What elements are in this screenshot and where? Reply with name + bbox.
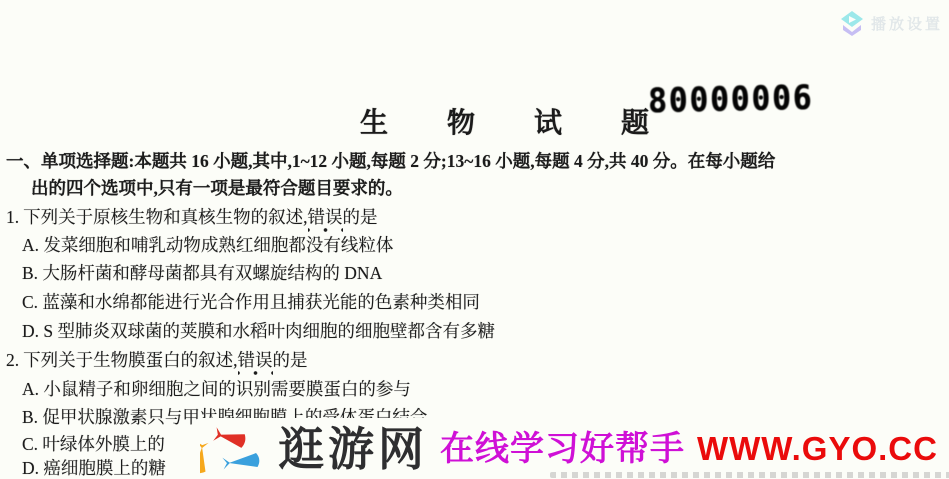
question-1-option-c: C. 蓝藻和水绵都能进行光合作用且捕获光能的色素种类相同	[22, 291, 480, 313]
site-watermark-name: 逛游网	[278, 426, 428, 472]
illegible-blurred-text-strip	[550, 472, 949, 478]
question-1-option-a: A. 发菜细胞和哺乳动物成熟红细胞都没有线粒体	[22, 234, 393, 256]
question-1-option-b: B. 大肠杆菌和酵母菌都具有双螺旋结构的 DNA	[22, 262, 382, 284]
emphasis-underdots: 错误	[308, 207, 343, 233]
site-watermark-url: WWW.GYO.CC	[697, 432, 938, 465]
question-1-stem: 1.下列关于原核生物和真核生物的叙述,错误的是	[6, 206, 378, 228]
site-watermark-banner: 逛游网 在线学习好帮手 WWW.GYO.CC	[200, 418, 949, 479]
emphasis-underdots: 错误	[238, 350, 273, 376]
question-2-stem: 2.下列关于生物膜蛋白的叙述,错误的是	[6, 349, 308, 371]
app-watermark: 播放设置	[840, 10, 943, 37]
play-graduation-icon	[840, 10, 864, 37]
question-1-number: 1.	[6, 207, 19, 227]
exam-page-screenshot: 播放设置 生 物 试 题 80000006 一、单项选择题:本题共 16 小题,…	[0, 0, 949, 479]
exam-id-stamp: 80000006	[648, 79, 814, 121]
section-instructions-line2: 出的四个选项中,只有一项是最符合题目要求的。	[31, 177, 403, 199]
fish-logo-icon	[200, 420, 266, 478]
question-2-number: 2.	[6, 350, 19, 370]
question-2-option-c: C. 叶绿体外膜上的	[22, 433, 165, 455]
question-2-option-d: D. 癌细胞膜上的糖	[22, 457, 166, 479]
question-2-option-a: A. 小鼠精子和卵细胞之间的识别需要膜蛋白的参与	[22, 378, 411, 400]
question-1-option-d: D. S 型肺炎双球菌的荚膜和水稻叶肉细胞的细胞壁都含有多糖	[22, 320, 495, 342]
site-watermark-tagline: 在线学习好帮手	[440, 432, 685, 466]
section-instructions-line1: 一、单项选择题:本题共 16 小题,其中,1~12 小题,每题 2 分;13~1…	[6, 150, 775, 172]
page-title: 生 物 试 题	[360, 101, 675, 141]
app-watermark-text: 播放设置	[871, 13, 943, 34]
